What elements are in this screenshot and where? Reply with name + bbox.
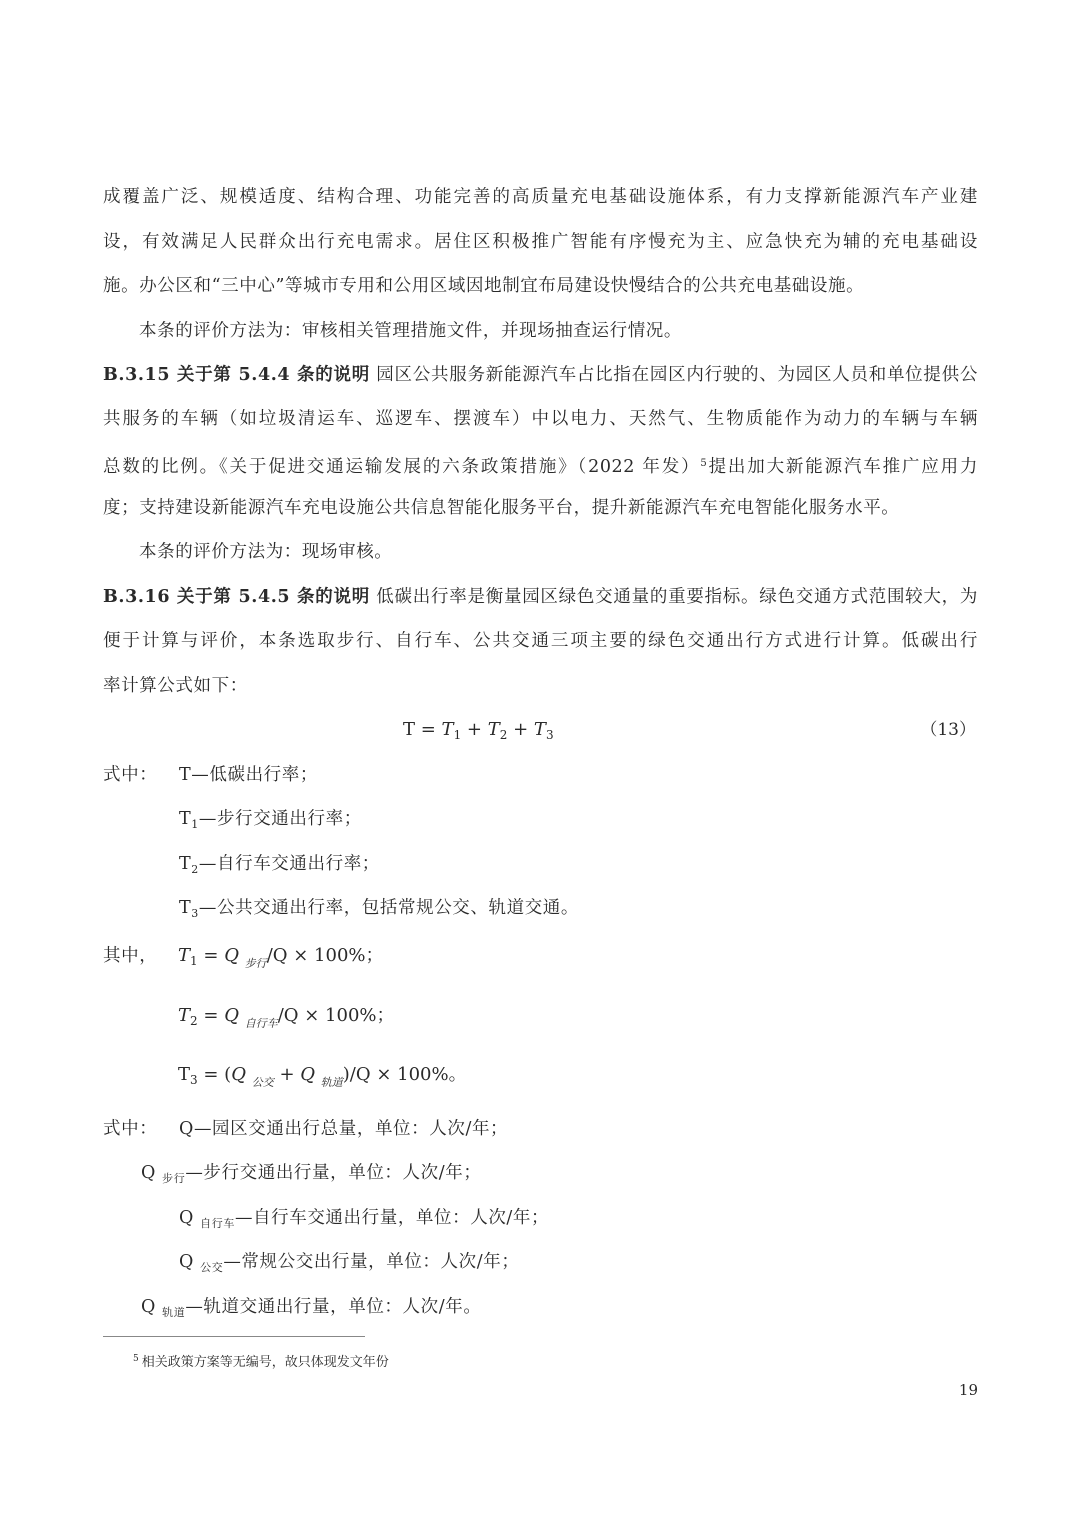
section-b315-line: B.3.15 关于第 5.4.4 条的说明 园区公共服务新能源汽车占比指在园区内… [103, 363, 978, 387]
document-page: 成覆盖广泛、规模适度、结构合理、功能完善的高质量充电基础设施体系，有力支撑新能源… [0, 0, 1080, 1527]
where-item: T—低碳出行率； [179, 763, 318, 787]
body-text: 园区公共服务新能源汽车占比指在园区内行驶的、为园区人员和单位提供公 [376, 365, 978, 385]
body-line: 度；支持建设新能源汽车充电设施公共信息智能化服务平台，提升新能源汽车充电智能化服… [103, 496, 978, 520]
formula-t1: T1 = Q 步行/Q × 100%； [178, 944, 384, 976]
where-label: 式中： [103, 763, 157, 787]
where-label: 式中： [103, 1117, 157, 1141]
where-item: Q—园区交通出行总量，单位：人次/年； [179, 1117, 508, 1141]
evaluation-method: 本条的评价方法为：现场审核。 [139, 540, 1014, 564]
formula-t2: T2 = Q 自行车/Q × 100%； [178, 1004, 395, 1036]
body-text: 提出加大新能源汽车推广应用力 [707, 457, 978, 477]
section-b316-line: B.3.16 关于第 5.4.5 条的说明 低碳出行率是衡量园区绿色交通量的重要… [103, 585, 978, 609]
body-line: 率计算公式如下： [103, 674, 978, 698]
where-item: T3—公共交通出行率，包括常规公交、轨道交通。 [179, 896, 579, 926]
formula-t3: T3 = (Q 公交 + Q 轨道)/Q × 100%。 [178, 1063, 467, 1095]
where-item: Q 步行—步行交通出行量，单位：人次/年； [141, 1161, 481, 1191]
body-line: 成覆盖广泛、规模适度、结构合理、功能完善的高质量充电基础设施体系，有力支撑新能源… [103, 185, 978, 209]
where-item: T1—步行交通出行率； [179, 807, 362, 837]
footnote-text: 相关政策方案等无编号，故只体现发文年份 [142, 1355, 389, 1370]
section-heading: B.3.16 关于第 5.4.5 条的说明 [103, 587, 370, 607]
formulas-label: 其中， [103, 944, 157, 968]
footnote-divider [103, 1336, 365, 1337]
footnote: 5相关政策方案等无编号，故只体现发文年份 [133, 1350, 389, 1372]
body-line: 设，有效满足人民群众出行充电需求。居住区积极推广智能有序慢充为主、应急快充为辅的… [103, 230, 978, 254]
equation-13: T = T1 + T2 + T3 [403, 718, 554, 747]
footnote-number: 5 [133, 1354, 139, 1364]
where-item: Q 公交—常规公交出行量，单位：人次/年； [179, 1250, 519, 1280]
equation-number: （13） [920, 718, 976, 742]
where-item: T2—自行车交通出行率； [179, 852, 380, 882]
section-heading: B.3.15 关于第 5.4.4 条的说明 [103, 365, 370, 385]
body-text: 低碳出行率是衡量园区绿色交通量的重要指标。绿色交通方式范围较大，为 [376, 587, 978, 607]
where-item: Q 轨道—轨道交通出行量，单位：人次/年。 [141, 1295, 481, 1325]
body-line: 共服务的车辆（如垃圾清运车、巡逻车、摆渡车）中以电力、天然气、生物质能作为动力的… [103, 407, 978, 431]
evaluation-method: 本条的评价方法为：审核相关管理措施文件，并现场抽查运行情况。 [139, 319, 1014, 343]
body-line: 施。办公区和“三中心”等城市专用和公用区域因地制宜布局建设快慢结合的公共充电基础… [103, 274, 978, 298]
body-line: 总数的比例。《关于促进交通运输发展的六条政策措施》（2022 年发）5提出加大新… [103, 452, 978, 479]
body-text: 总数的比例。《关于促进交通运输发展的六条政策措施》（2022 年发） [103, 457, 700, 477]
body-line: 便于计算与评价，本条选取步行、自行车、公共交通三项主要的绿色交通出行方式进行计算… [103, 629, 978, 653]
page-number: 19 [959, 1381, 978, 1399]
where-item: Q 自行车—自行车交通出行量，单位：人次/年； [179, 1206, 549, 1236]
